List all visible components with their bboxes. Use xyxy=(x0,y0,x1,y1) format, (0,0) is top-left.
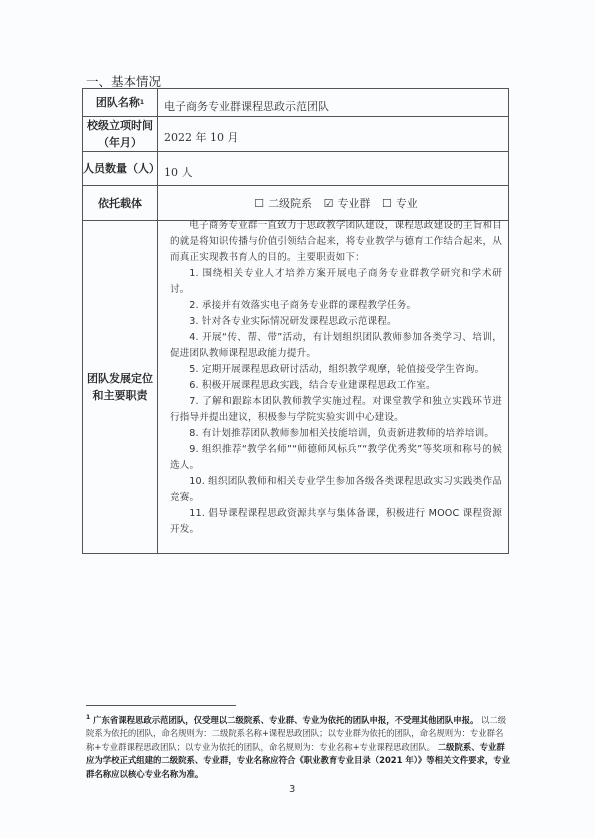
checkbox-professional-group[interactable]: ☑专业群 xyxy=(322,197,373,210)
row-team-name: 团队名称1 电子商务专业群课程思政示范团队 xyxy=(83,89,509,117)
option-label: 专业群 xyxy=(337,197,370,210)
carrier-options: ☐二级院系 ☑专业群 ☐专业 xyxy=(158,186,509,221)
footnote-marker: 1 xyxy=(86,714,90,721)
row-headcount: 人员数量（人） 10 人 xyxy=(83,152,509,186)
footnote: 1 广东省课程思政示范团队，仅受理以二级院系、专业群、专业为依托的团队申报，不受… xyxy=(86,711,511,781)
checkbox-secondary-college[interactable]: ☐二级院系 xyxy=(252,197,314,210)
duty-item: 3. 针对各专业实际情况研发课程思政示范课程。 xyxy=(170,314,502,330)
checkbox-unchecked-icon: ☐ xyxy=(254,197,264,210)
duty-item: 6. 积极开展课程思政实践，结合专业建课程思政工作室。 xyxy=(170,378,502,394)
row-duties: 团队发展定位和主要职责 电子商务专业群一直致力于思政教学团队建设，课程思政建设的… xyxy=(83,221,509,554)
value-approval-date: 2022 年 10 月 xyxy=(158,117,509,152)
duty-item: 1. 围绕相关专业人才培养方案开展电子商务专业群教学研究和学术研讨。 xyxy=(170,266,502,298)
label-team-name: 团队名称1 xyxy=(83,89,158,117)
basic-info-table: 团队名称1 电子商务专业群课程思政示范团队 校级立项时间（年月） 2022 年 … xyxy=(82,88,509,554)
value-headcount: 10 人 xyxy=(158,152,509,186)
duty-item: 10. 组织团队教师和相关专业学生参加各级各类课程思政实习实践类作品竞赛。 xyxy=(170,474,502,506)
duty-item: 5. 定期开展课程思政研讨活动，组织教学观摩，轮值接受学生咨询。 xyxy=(170,362,502,378)
label-text: 团队名称 xyxy=(96,96,140,109)
option-label: 专业 xyxy=(396,197,418,210)
value-team-name: 电子商务专业群课程思政示范团队 xyxy=(158,89,509,117)
label-headcount: 人员数量（人） xyxy=(83,152,158,186)
footnote-line-1: 广东省课程思政示范团队，仅受理以二级院系、专业群、专业为依托的团队申报，不受理其… xyxy=(93,715,478,725)
label-duties: 团队发展定位和主要职责 xyxy=(83,221,158,554)
duty-item: 2. 承接并有效落实电子商务专业群的课程教学任务。 xyxy=(170,298,502,314)
footnote-ref[interactable]: 1 xyxy=(140,99,144,106)
checkbox-checked-icon: ☑ xyxy=(324,197,334,210)
duty-item: 8. 有计划推荐团队教师参加相关技能培训，负责新进教师的培养培训。 xyxy=(170,426,502,442)
label-carrier: 依托载体 xyxy=(83,186,158,221)
checkbox-major[interactable]: ☐专业 xyxy=(380,197,420,210)
checkbox-unchecked-icon: ☐ xyxy=(382,197,392,210)
headcount-value: 10 人 xyxy=(164,158,508,180)
option-label: 二级院系 xyxy=(268,197,312,210)
row-approval-date: 校级立项时间（年月） 2022 年 10 月 xyxy=(83,117,509,152)
duty-item: 4. 开展“传、帮、带”活动，有计划组织团队教师参加各类学习、培训，促进团队教师… xyxy=(170,330,502,362)
duty-item: 7. 了解和跟踪本团队教师教学实施过程。对课堂教学和独立实践环节进行指导并提出建… xyxy=(170,394,502,426)
duty-item: 9. 组织推荐“教学名师”“师德师风标兵”“教学优秀奖”等奖项和称号的候选人。 xyxy=(170,442,502,474)
team-name-value: 电子商务专业群课程思政示范团队 xyxy=(164,92,508,114)
page-number: 3 xyxy=(289,784,295,795)
duties-intro: 电子商务专业群一直致力于思政教学团队建设，课程思政建设的主旨和目的就是将知识传播… xyxy=(170,218,502,266)
duties-text: 电子商务专业群一直致力于思政教学团队建设，课程思政建设的主旨和目的就是将知识传播… xyxy=(164,218,508,538)
footnote-divider xyxy=(86,705,236,706)
label-approval-date: 校级立项时间（年月） xyxy=(83,117,158,152)
duty-item: 11. 倡导课程课程思政资源共享与集体备课，积极进行 MOOC 课程资源开发。 xyxy=(170,506,502,538)
value-duties: 电子商务专业群一直致力于思政教学团队建设，课程思政建设的主旨和目的就是将知识传播… xyxy=(158,221,509,554)
row-carrier: 依托载体 ☐二级院系 ☑专业群 ☐专业 xyxy=(83,186,509,221)
approval-date-value: 2022 年 10 月 xyxy=(164,123,508,145)
